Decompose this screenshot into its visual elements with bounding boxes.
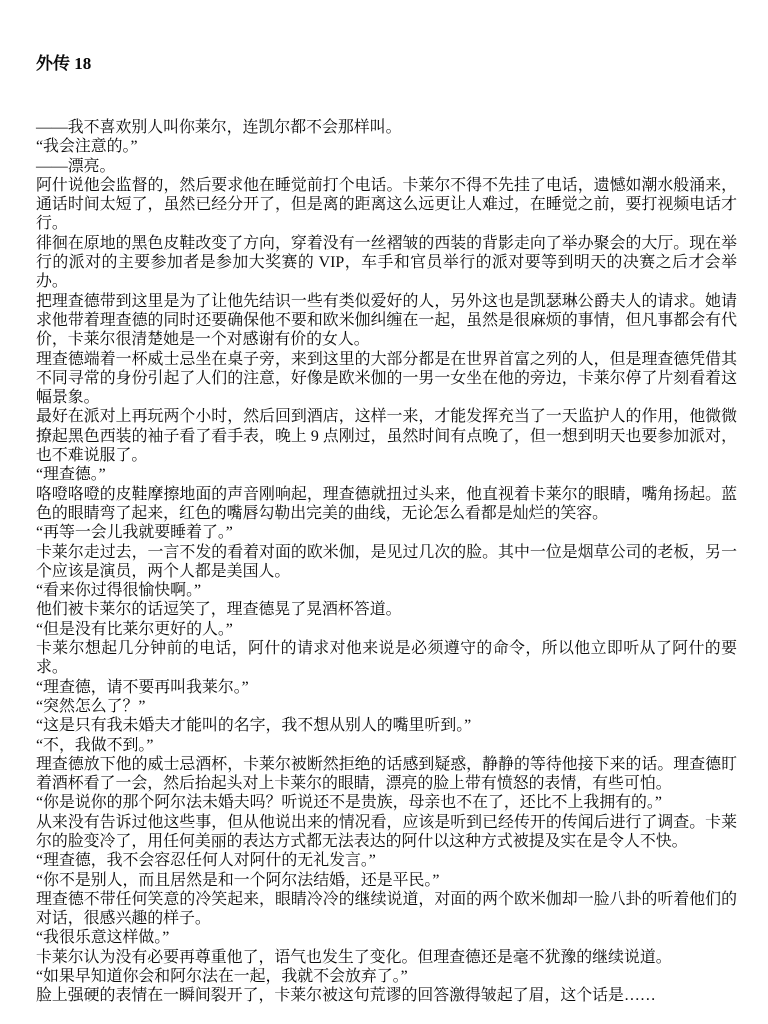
paragraph: “理查德。” — [36, 465, 737, 484]
paragraph: 徘徊在原地的黑色皮鞋改变了方向，穿着没有一丝褶皱的西装的背影走向了举办聚会的大厅… — [36, 234, 737, 292]
paragraph: 他们被卡莱尔的话逗笑了，理查德晃了晃酒杯答道。 — [36, 600, 737, 619]
paragraph: 阿什说他会监督的，然后要求他在睡觉前打个电话。卡莱尔不得不先挂了电话，遗憾如潮水… — [36, 176, 737, 234]
paragraph: “再等一会儿我就要睡着了。” — [36, 523, 737, 542]
paragraph: 理查德不带任何笑意的冷笑起来，眼睛冷冷的继续说道，对面的两个欧米伽却一脸八卦的听… — [36, 890, 737, 929]
paragraph: “理查德，请不要再叫我莱尔。” — [36, 678, 737, 697]
paragraph: 咯噔咯噔的皮鞋摩擦地面的声音刚响起，理查德就扭过头来，他直视着卡莱尔的眼睛，嘴角… — [36, 485, 737, 524]
paragraph: ——漂亮。 — [36, 157, 737, 176]
paragraph: “突然怎么了？” — [36, 697, 737, 716]
paragraph: “但是没有比莱尔更好的人。” — [36, 620, 737, 639]
paragraph: “如果早知道你会和阿尔法在一起，我就不会放弃了。” — [36, 967, 737, 986]
paragraph: 从来没有告诉过他这些事，但从他说出来的情况看，应该是听到已经传开的传闻后进行了调… — [36, 813, 737, 852]
paragraph: “看来你过得很愉快啊。” — [36, 581, 737, 600]
paragraph: “你不是别人，而且居然是和一个阿尔法结婚，还是平民。” — [36, 871, 737, 890]
paragraph: ——我不喜欢别人叫你莱尔，连凯尔都不会那样叫。 — [36, 118, 737, 137]
paragraph: “不，我做不到。” — [36, 736, 737, 755]
paragraph: 理查德放下他的威士忌酒杯，卡莱尔被断然拒绝的话感到疑惑，静静的等待他接下来的话。… — [36, 755, 737, 794]
paragraph: 理查德端着一杯威士忌坐在桌子旁，来到这里的大部分都是在世界首富之列的人，但是理查… — [36, 350, 737, 408]
paragraph: “这是只有我未婚夫才能叫的名字，我不想从别人的嘴里听到。” — [36, 716, 737, 735]
paragraph: 卡莱尔认为没有必要再尊重他了，语气也发生了变化。但理查德还是毫不犹豫的继续说道。 — [36, 948, 737, 967]
paragraph: 脸上强硬的表情在一瞬间裂开了，卡莱尔被这句荒谬的回答激得皱起了眉，这个话是…… — [36, 986, 737, 1005]
chapter-title: 外传 18 — [36, 52, 737, 75]
paragraph: 把理查德带到这里是为了让他先结识一些有类似爱好的人，另外这也是凯瑟琳公爵夫人的请… — [36, 292, 737, 350]
paragraph: 卡莱尔想起几分钟前的电话，阿什的请求对他来说是必须遵守的命令，所以他立即听从了阿… — [36, 639, 737, 678]
document-page: 外传 18 ——我不喜欢别人叫你莱尔，连凯尔都不会那样叫。 “我会注意的。” —… — [0, 0, 768, 1024]
paragraph: 卡莱尔走过去，一言不发的看着对面的欧米伽，是见过几次的脸。其中一位是烟草公司的老… — [36, 543, 737, 582]
paragraph: “我会注意的。” — [36, 137, 737, 156]
paragraph: 最好在派对上再玩两个小时，然后回到酒店，这样一来，才能发挥充当了一天监护人的作用… — [36, 407, 737, 465]
paragraph: “我很乐意这样做。” — [36, 928, 737, 947]
paragraph: “你是说你的那个阿尔法未婚夫吗？听说还不是贵族，母亲也不在了，还比不上我拥有的。… — [36, 793, 737, 812]
document-body: ——我不喜欢别人叫你莱尔，连凯尔都不会那样叫。 “我会注意的。” ——漂亮。 阿… — [36, 118, 737, 1006]
paragraph: “理查德，我不会容忍任何人对阿什的无礼发言。” — [36, 851, 737, 870]
